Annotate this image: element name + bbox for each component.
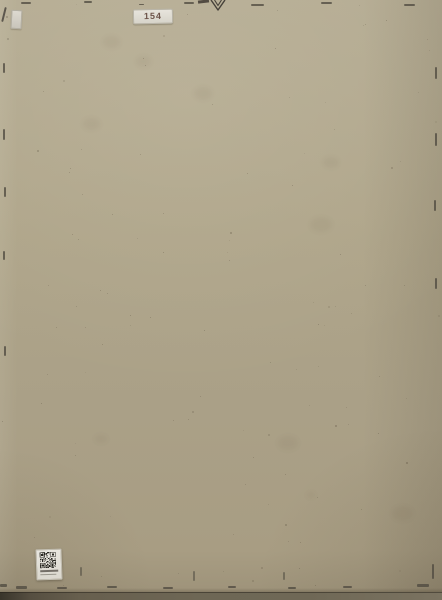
speck — [275, 48, 276, 49]
stain — [136, 56, 151, 67]
speck — [418, 92, 419, 93]
speck — [6, 16, 8, 18]
speck — [404, 285, 405, 286]
pencil-mark — [139, 4, 144, 5]
speck — [192, 411, 194, 413]
pencil-mark — [163, 587, 173, 589]
speck — [406, 462, 408, 464]
speck — [299, 568, 300, 569]
speck — [261, 567, 263, 569]
speck — [285, 474, 286, 475]
speck — [317, 497, 318, 498]
speck — [72, 234, 73, 235]
speck — [253, 457, 254, 458]
speck — [107, 293, 108, 294]
pencil-mark — [434, 200, 436, 211]
speck — [137, 238, 138, 239]
speck — [41, 403, 42, 404]
pencil-mark — [343, 586, 352, 588]
speck — [140, 154, 141, 155]
speck — [69, 172, 70, 173]
speck — [212, 104, 213, 105]
speck — [406, 398, 407, 399]
pencil-mark — [184, 2, 194, 4]
speck — [76, 306, 77, 307]
pencil-mark — [16, 586, 27, 589]
speck — [163, 35, 165, 37]
speck — [130, 325, 131, 326]
speck — [85, 327, 86, 328]
stain — [103, 36, 120, 48]
speck — [56, 327, 57, 328]
speck — [313, 302, 314, 303]
stain — [83, 118, 100, 130]
pencil-mark — [435, 278, 437, 289]
pencil-mark — [3, 251, 5, 260]
speck — [285, 524, 287, 526]
pencil-mark — [3, 63, 5, 73]
speck — [76, 4, 77, 5]
speck — [75, 443, 76, 444]
speck — [204, 330, 205, 331]
speck — [289, 97, 290, 98]
pencil-mark — [107, 586, 117, 588]
speck — [63, 80, 65, 82]
speck — [288, 541, 289, 542]
stain — [307, 492, 315, 498]
pencil-mark — [288, 587, 296, 589]
speck — [363, 25, 364, 26]
qr-code-sticker — [35, 549, 62, 581]
stain — [392, 506, 413, 521]
speck — [187, 14, 188, 15]
speck — [268, 504, 269, 505]
speck — [178, 573, 179, 574]
speck — [334, 129, 335, 130]
speck — [101, 576, 102, 577]
pencil-mark — [435, 133, 437, 146]
speck — [365, 285, 366, 286]
speck — [277, 10, 278, 11]
pencil-mark — [4, 346, 6, 356]
speck — [102, 344, 103, 345]
speck — [78, 239, 79, 240]
pencil-mark — [21, 2, 31, 4]
speck — [318, 366, 319, 367]
speck — [359, 5, 360, 6]
speck — [429, 50, 430, 51]
lot-number-sticker: 154 — [133, 9, 173, 25]
speck — [361, 509, 362, 510]
stain — [278, 436, 298, 450]
qr-caption-line — [40, 570, 58, 573]
speck — [230, 232, 232, 234]
speck — [163, 252, 164, 253]
speck — [315, 585, 316, 586]
speck — [270, 362, 271, 363]
stain — [194, 87, 212, 100]
speck — [328, 306, 330, 308]
speck — [399, 570, 401, 572]
qr-caption-line — [40, 574, 56, 576]
speck — [300, 542, 301, 543]
chevron-pencil-mark-icon — [209, 0, 229, 12]
speck — [100, 290, 101, 291]
speck — [391, 167, 393, 169]
speck — [435, 121, 437, 123]
speck — [379, 376, 380, 377]
pencil-mark — [0, 584, 7, 587]
stain — [95, 435, 107, 443]
speck — [233, 534, 234, 535]
speck — [386, 20, 387, 21]
speck — [188, 419, 189, 420]
speck — [47, 374, 48, 375]
speck — [81, 149, 82, 150]
pencil-mark — [404, 4, 415, 6]
speck — [292, 185, 293, 186]
speck — [48, 285, 49, 286]
speck — [309, 405, 310, 406]
speck — [229, 240, 230, 241]
speck — [247, 173, 248, 174]
speck — [227, 252, 228, 253]
speck — [340, 254, 341, 255]
diagonal-pencil-mark — [1, 7, 7, 22]
background-surface-shadow — [0, 592, 442, 600]
pencil-mark — [432, 564, 434, 579]
pencil-mark — [228, 586, 236, 588]
speck — [82, 194, 83, 195]
pencil-mark — [251, 4, 264, 6]
speck — [43, 91, 44, 92]
pencil-mark — [3, 129, 5, 140]
speck — [438, 315, 440, 317]
speck — [365, 24, 366, 25]
speck — [296, 369, 297, 370]
speck — [150, 317, 151, 318]
speck — [200, 396, 201, 397]
speck — [346, 407, 347, 408]
cardboard-panel-back: 154 — [0, 0, 442, 592]
photo-of-panel-back: 154 — [0, 0, 442, 600]
pencil-mark — [435, 67, 437, 79]
speck — [335, 425, 337, 427]
speck — [243, 430, 244, 431]
pencil-mark — [57, 587, 67, 589]
speck — [229, 260, 230, 261]
speck — [223, 571, 224, 572]
lot-number-text: 154 — [144, 11, 162, 21]
pencil-mark — [321, 2, 332, 4]
speck — [324, 325, 325, 326]
speck — [351, 313, 352, 314]
speck — [400, 161, 401, 162]
speck — [85, 372, 86, 373]
speck — [163, 213, 164, 214]
qr-code — [40, 552, 57, 569]
speck — [268, 434, 270, 436]
speck — [49, 516, 51, 518]
speck — [378, 433, 379, 434]
speck — [110, 516, 111, 517]
speck — [245, 484, 246, 485]
speck — [34, 537, 35, 538]
speck — [427, 39, 428, 40]
pencil-mark — [283, 572, 285, 580]
pencil-mark — [80, 567, 82, 576]
pencil-mark — [84, 1, 92, 3]
corner-tab-sticker — [11, 10, 23, 30]
speck — [335, 306, 336, 307]
speck — [318, 324, 319, 325]
pencil-mark — [417, 584, 429, 587]
stain — [310, 217, 332, 232]
speck — [112, 214, 113, 215]
speck — [2, 421, 3, 422]
speck — [252, 580, 254, 582]
pencil-mark — [198, 0, 209, 4]
speck — [75, 455, 76, 456]
speck — [37, 150, 39, 152]
speck — [304, 153, 305, 154]
speck — [130, 315, 131, 316]
speck — [63, 585, 64, 586]
speck — [348, 424, 349, 425]
speck — [325, 102, 326, 103]
speck — [70, 168, 71, 169]
speck — [173, 420, 174, 421]
pencil-mark — [4, 187, 6, 197]
stain — [323, 157, 339, 168]
speck — [7, 38, 9, 40]
pencil-mark — [193, 571, 195, 581]
